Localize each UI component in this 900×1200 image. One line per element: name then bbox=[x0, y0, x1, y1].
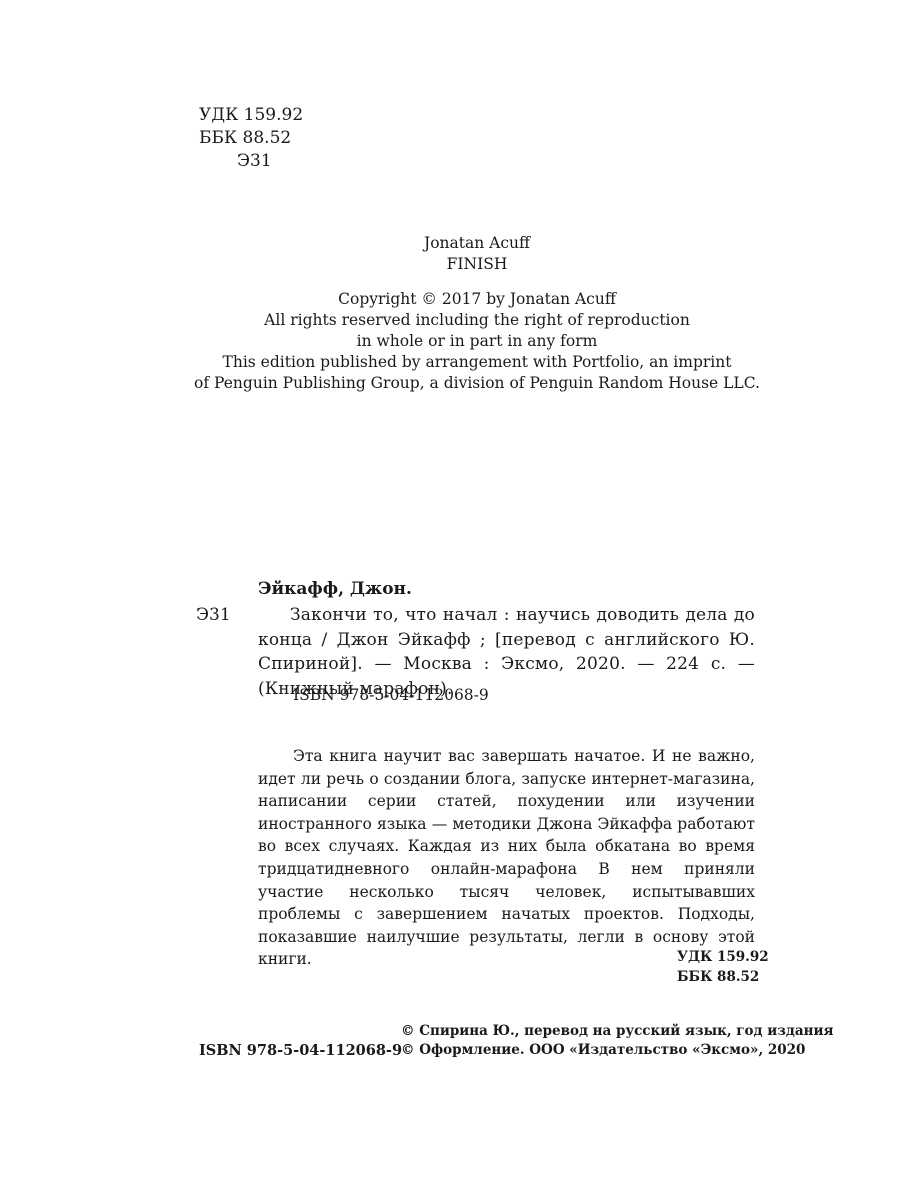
author-mark: Э31 bbox=[199, 150, 303, 173]
copyright-notice: Copyright © 2017 by Jonatan Acuff All ri… bbox=[0, 289, 900, 394]
footer-isbn: ISBN 978-5-04-112068-9 bbox=[199, 1042, 402, 1059]
description-text: Закончи то, что начал : научись доводить… bbox=[258, 605, 755, 699]
original-author: Jonatan Acuff bbox=[0, 233, 900, 254]
copyright-line: Copyright © 2017 by Jonatan Acuff bbox=[0, 289, 900, 310]
copyright-line: This edition published by arrangement wi… bbox=[0, 352, 900, 373]
design-copyright: © Оформление. ООО «Издательство «Эксмо»,… bbox=[401, 1042, 805, 1058]
annotation-text: Эта книга научит вас завершать начатое. … bbox=[258, 747, 755, 968]
bbk-code: ББК 88.52 bbox=[199, 127, 303, 150]
catalog-author-mark: Э31 bbox=[196, 605, 231, 625]
translation-copyright: © Спирина Ю., перевод на русский язык, г… bbox=[401, 1023, 834, 1039]
catalog-codes: УДК 159.92 ББК 88.52 bbox=[677, 947, 769, 987]
catalog-bbk: ББК 88.52 bbox=[677, 967, 769, 987]
original-title: FINISH bbox=[0, 254, 900, 275]
catalog-udk: УДК 159.92 bbox=[677, 947, 769, 967]
original-edition: Jonatan Acuff FINISH bbox=[0, 233, 900, 275]
annotation: Эта книга научит вас завершать начатое. … bbox=[258, 745, 755, 971]
copyright-line: of Penguin Publishing Group, a division … bbox=[0, 373, 900, 394]
copyright-line: in whole or in part in any form bbox=[0, 331, 900, 352]
classification-codes: УДК 159.92 ББК 88.52 Э31 bbox=[199, 104, 303, 173]
catalog-author-heading: Эйкафф, Джон. bbox=[258, 579, 412, 599]
catalog-isbn: ISBN 978-5-04-112068-9 bbox=[293, 686, 489, 704]
udk-code: УДК 159.92 bbox=[199, 104, 303, 127]
copyright-line: All rights reserved including the right … bbox=[0, 310, 900, 331]
